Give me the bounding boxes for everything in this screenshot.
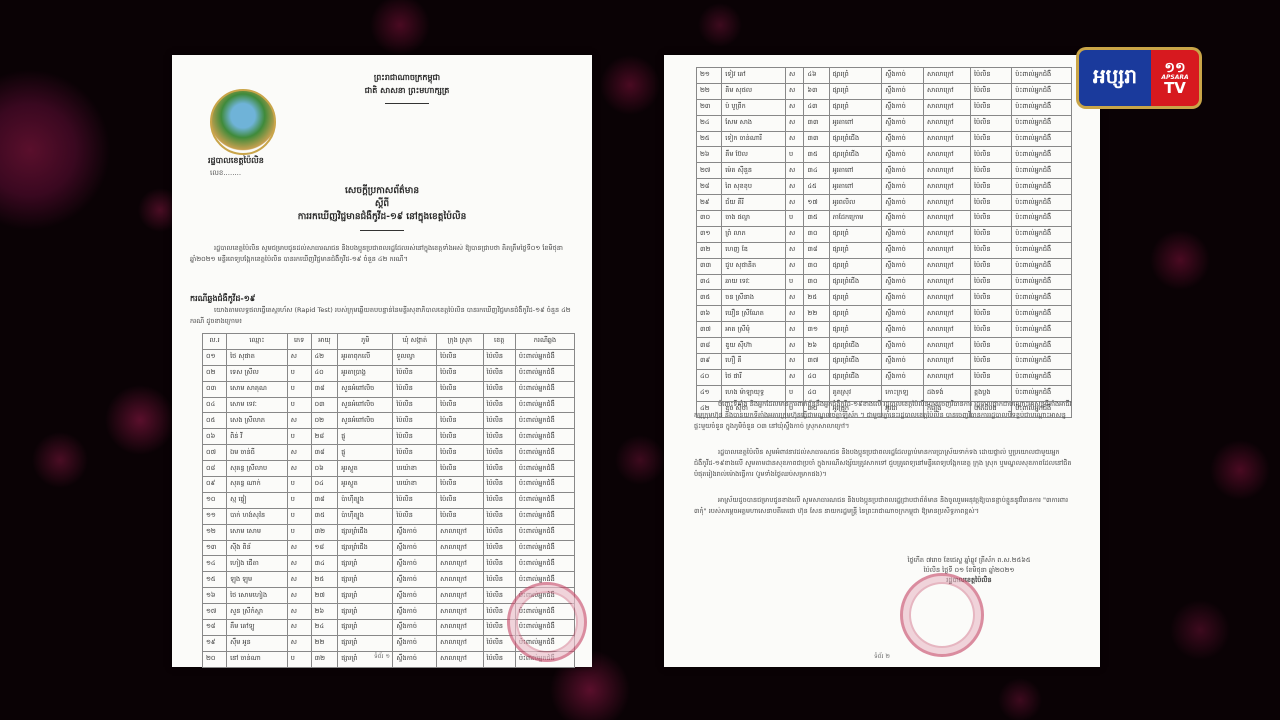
table-cell: ស្ទឹងកាច់ [882, 226, 924, 242]
table-cell: ៣១ [804, 322, 829, 338]
table-cell: ៣៩ [697, 354, 722, 370]
table-cell: ប [287, 492, 311, 508]
table-cell: បរយ៉ាខា [393, 477, 437, 493]
table-cell: ០៩ [203, 477, 227, 493]
table-cell: ប៉ៃលិន [970, 306, 1011, 322]
table-cell: ផ្សារព្រំ [338, 635, 393, 651]
table-cell: ២៦ [697, 147, 722, 163]
table-row: ០៦ពិន់ វីប២៨ផ្លូប៉ៃលិនប៉ៃលិនប៉ៃលិនប៉ះពាល… [203, 429, 575, 445]
table-cell: សួន ស្រីកំស្តា [227, 604, 288, 620]
table-cell: ប៉ៃលិន [483, 413, 515, 429]
table-cell: ប [287, 429, 311, 445]
table-cell: ប៉ៃលិន [393, 365, 437, 381]
table-cell: ប៉ៃលិន [970, 369, 1011, 385]
subheading: ករណីឆ្លងជំងឺកូវីដ-១៩ [190, 293, 255, 305]
table-cell: ប៉ៃលិន [483, 397, 515, 413]
table-cell: ប៉ៃលិន [483, 540, 515, 556]
signature-block: ថ្ងៃកើត ៧រោច ខែជេស្ឋ ឆ្នាំឆ្លូវ ត្រីស័ក … [864, 555, 1074, 585]
table-row: ២៧ម៉េត ស៊ីនួនស៣៤អូរតាពៅស្ទឹងកាច់សាលាក្រៅ… [697, 163, 1072, 179]
table-cell: ៤០ [311, 365, 338, 381]
table-cell: ផ្សារព្រំជើង [829, 131, 882, 147]
table-cell: ២៥ [311, 572, 338, 588]
table-cell: ប៉ៃលិន [437, 477, 483, 493]
table-cell: ពៃ សុខខុប [722, 179, 786, 195]
table-row: ៣៩ហឿ គីស៣៧ផ្សារព្រំជើងស្ទឹងកាច់សាលាក្រៅប… [697, 354, 1072, 370]
column-header: ភូមិ [338, 334, 393, 350]
table-cell: ស្ទឹងកាច់ [393, 572, 437, 588]
table-cell: ផ្សារព្រំ [829, 242, 882, 258]
table-row: ០៨សុគន្ធ ស្រីលាបស០៦អូរស្គូតបរយ៉ាខាប៉ៃលិន… [203, 461, 575, 477]
table-cell: អូរតាពៅ [829, 163, 882, 179]
table-cell: សាលាក្រៅ [924, 195, 971, 211]
table-cell: ប៉ះពាល់អ្នកជំងឺ [1012, 179, 1072, 195]
table-cell: ប៉ៃលិន [970, 354, 1011, 370]
motto: ជាតិ សាសនា ព្រះមហាក្សត្រ [292, 84, 522, 97]
table-cell: ស្ទឹងកាច់ [393, 524, 437, 540]
table-cell: ស [287, 349, 311, 365]
table-cell: ៤២ [311, 349, 338, 365]
table-cell: ស្ទឹងកាច់ [882, 115, 924, 131]
table-cell: ថៃ ផារី [722, 369, 786, 385]
table-cell: ឡុង ឡុម [227, 572, 288, 588]
table-cell: សាលាក្រៅ [924, 115, 971, 131]
table-cell: ថៃ សុផាត [227, 349, 288, 365]
table-cell: សាលាក្រៅ [924, 211, 971, 227]
table-cell: ប៉ៃលិន [970, 83, 1011, 99]
table-cell: សាលាក្រៅ [924, 83, 971, 99]
table-cell: ប៉ះពាល់អ្នកជំងឺ [1012, 195, 1072, 211]
table-cell: ៣៣ [804, 131, 829, 147]
table-cell: ទេស ស្រីល [227, 365, 288, 381]
table-cell: សួនអំពៅលិច [338, 413, 393, 429]
table-row: ០៥សេង ស្រីលាភស០២សួនអំពៅលិចប៉ៃលិនប៉ៃលិនប៉… [203, 413, 575, 429]
table-cell: សាលាក្រៅ [437, 620, 483, 636]
table-cell: ស្ម ផ្ទៀ [227, 492, 288, 508]
table-cell: ប៉ៃលិន [437, 413, 483, 429]
table-cell: ១១ [203, 508, 227, 524]
table-cell: ស [786, 322, 804, 338]
official-stamp [507, 582, 587, 662]
logo-khmer-name: អប្សរា [1079, 50, 1151, 106]
table-cell: ព្រំ លាភ [722, 226, 786, 242]
table-cell: ៣២ [697, 242, 722, 258]
column-header: ករណីឆ្លង [515, 334, 574, 350]
table-cell: ២៣ [697, 99, 722, 115]
table-cell: ៤៦ [804, 68, 829, 84]
table-cell: ២៦ [311, 604, 338, 620]
table-cell: ស្ទឹងកាច់ [882, 163, 924, 179]
table-cell: ជួប សុផានិត [722, 258, 786, 274]
table-cell: អូរតាពុកលើ [338, 349, 393, 365]
table-cell: សោម សាគុណ [227, 381, 288, 397]
table-cell: ប៉ៃលិន [437, 381, 483, 397]
table-cell: ប៉ៃលិន [970, 242, 1011, 258]
table-cell: ប៉ៃលិន [483, 508, 515, 524]
table-cell: អូរពលិល [829, 195, 882, 211]
table-row: ២៦គឹម ប៊ែលប៣៥ផ្សារព្រំជើងស្ទឹងកាច់សាលាក្… [697, 147, 1072, 163]
table-cell: សុគន្ធ ស្រីលាប [227, 461, 288, 477]
table-cell: ផ្សារព្រំជើង [338, 540, 393, 556]
table-cell: ១៤ [203, 556, 227, 572]
table-cell: ស្ទឹងកាច់ [393, 604, 437, 620]
table-cell: ០៦ [203, 429, 227, 445]
table-row: ២៤សែម សាងស៣៣អូរតាពៅស្ទឹងកាច់សាលាក្រៅប៉ៃល… [697, 115, 1072, 131]
table-cell: ថៃ សោមហៀង [227, 588, 288, 604]
table-cell: ប៉ៃលិន [970, 195, 1011, 211]
table-cell: ស្ទឹងកាច់ [882, 290, 924, 306]
table-cell: ប៉ៃលិន [970, 163, 1011, 179]
table-cell: សេង ស្រីលាភ [227, 413, 288, 429]
table-row: ២៥ទៀក ចាន់ណារីស៣៣ផ្សារព្រំជើងស្ទឹងកាច់សា… [697, 131, 1072, 147]
table-cell: ៤៣ [804, 99, 829, 115]
table-cell: ៣០ [804, 226, 829, 242]
table-row: ៣៥ចន ស្រីនាងស២៥ផ្សារព្រំស្ទឹងកាច់សាលាក្រ… [697, 290, 1072, 306]
table-cell: ចន ស្រីនាង [722, 290, 786, 306]
table-cell: ៣២ [311, 524, 338, 540]
table-cell: បាក់ ហង់សុវ៉ន [227, 508, 288, 524]
table-cell: ១៦ [203, 588, 227, 604]
table-cell: សាលាក្រៅ [437, 604, 483, 620]
table-cell: ស [287, 604, 311, 620]
table-cell: ៣៨ [311, 492, 338, 508]
table-cell: គិម សុផល [722, 83, 786, 99]
table-cell: ស [786, 99, 804, 115]
table-cell: ៣៨ [311, 381, 338, 397]
table-row: ១០ស្ម ផ្ទៀប៣៨ប៉ាហ៊ីត្បូងប៉ៃលិនប៉ៃលិនប៉ៃល… [203, 492, 575, 508]
table-cell: ប៉ះពាល់អ្នកជំងឺ [515, 492, 574, 508]
letterhead: ព្រះរាជាណាចក្រកម្ពុជា ជាតិ សាសនា ព្រះមហា… [292, 71, 522, 104]
table-cell: សាលាក្រៅ [437, 588, 483, 604]
table-cell: ប៉ៃលិន [483, 349, 515, 365]
table-cell: ប៉ៃលិន [437, 508, 483, 524]
table-cell: ប៉ៃលិន [970, 290, 1011, 306]
table-row: ១៤ហៀង ជើតាស៣៤ផ្សារព្រំស្ទឹងកាច់សាលាក្រៅប… [203, 556, 575, 572]
table-cell: ប៉ៃលិន [970, 147, 1011, 163]
table-cell: ស្ទឹងកាច់ [882, 99, 924, 115]
table-cell: សែម សាង [722, 115, 786, 131]
column-header: អាយុ [311, 334, 338, 350]
table-cell: ០៣ [203, 381, 227, 397]
table-cell: ប៉ៃលិន [970, 338, 1011, 354]
table-cell: ស [287, 556, 311, 572]
title-line-1: សេចក្តីប្រកាសព័ត៌មាន [212, 185, 552, 198]
table-cell: ប៉ៃលិន [393, 429, 437, 445]
table-cell: ផ្សារព្រំ [829, 99, 882, 115]
table-cell: ផ្សារព្រំជើង [829, 338, 882, 354]
table-cell: ស្ទឹងកាច់ [882, 338, 924, 354]
column-header: ក្រុង ស្រុក [437, 334, 483, 350]
table-cell: សាលាក្រៅ [924, 322, 971, 338]
table-cell: គឹម ប៊ែល [722, 147, 786, 163]
table-cell: ស្ទឹងកាច់ [882, 369, 924, 385]
table-cell: ប៉ះពាល់អ្នកជំងឺ [1012, 68, 1072, 84]
table-cell: ប៉ៃលិន [970, 68, 1011, 84]
table-row: ០៩សុគន្ធ ណាក់ប០៤អូរស្គូតបរយ៉ាខាប៉ៃលិនប៉ៃ… [203, 477, 575, 493]
table-cell: ស [287, 620, 311, 636]
table-cell: ស [786, 258, 804, 274]
table-cell: ផ្សារព្រំ [338, 588, 393, 604]
table-row: ២៣ប៉ បូព្រីកស៤៣ផ្សារព្រំស្ទឹងកាច់សាលាក្រ… [697, 99, 1072, 115]
table-cell: សាលាក្រៅ [924, 131, 971, 147]
table-cell: ប៉ៃលិន [970, 211, 1011, 227]
table-cell: ផ្សារព្រំជើង [829, 354, 882, 370]
table-row: ២២គិម សុផលស៦៣ផ្សារព្រំស្ទឹងកាច់សាលាក្រៅប… [697, 83, 1072, 99]
table-cell: ១០ [203, 492, 227, 508]
table-cell: ប៉ះពាល់អ្នកជំងឺ [1012, 354, 1072, 370]
table-cell: ប៉ៃលិន [970, 258, 1011, 274]
table-cell: ផ្សារព្រំជើង [338, 524, 393, 540]
table-cell: ស្ទឹងកាច់ [882, 211, 924, 227]
table-cell: ប៉ៃលិន [483, 365, 515, 381]
table-cell: ប៉ៃលិន [393, 492, 437, 508]
table-cell: ឌួយ ស៊ីហ៊ា [722, 338, 786, 354]
table-cell: ០២ [311, 413, 338, 429]
table-cell: ប៉ៃលិន [970, 99, 1011, 115]
table-cell: ៣៣ [804, 115, 829, 131]
table-cell: ប៉ះពាល់អ្នកជំងឺ [515, 365, 574, 381]
table-cell: ២៥ [697, 131, 722, 147]
table-cell: ០៤ [203, 397, 227, 413]
table-cell: អាត ស្រីមុំ [722, 322, 786, 338]
table-cell: ប [786, 211, 804, 227]
table-cell: សោម ទេវៈ [227, 397, 288, 413]
table-cell: ប៉ៃលិន [437, 397, 483, 413]
table-cell: ប [786, 274, 804, 290]
table-cell: ប៉ៃលិន [437, 445, 483, 461]
table-cell: ០៨ [203, 461, 227, 477]
table-cell: ស៊ឹម អូន [227, 635, 288, 651]
table-row: ១២សោម សោមប៣២ផ្សារព្រំជើងស្ទឹងកាច់សាលាក្រ… [203, 524, 575, 540]
table-cell: ប៉ះពាល់អ្នកជំងឺ [515, 461, 574, 477]
table-cell: ស្ទឹងកាច់ [882, 68, 924, 84]
paragraph-appeal: រដ្ឋបាលខេត្តប៉ៃលិន សូមអំពាវនាវដល់សាធារណជ… [694, 447, 1072, 480]
table-cell: ប៉ បូព្រីក [722, 99, 786, 115]
table-row: ១១បាក់ ហង់សុវ៉នប៣៥ប៉ាហ៊ីត្បូងប៉ៃលិនប៉ៃលិ… [203, 508, 575, 524]
table-cell: ស [287, 572, 311, 588]
table-cell: ២៨ [311, 429, 338, 445]
table-cell: ស [287, 540, 311, 556]
table-row: ១៣ស៊ីង ពិន័ស១៨ផ្សារព្រំជើងស្ទឹងកាច់សាលាក… [203, 540, 575, 556]
table-cell: អូរស្គូត [338, 477, 393, 493]
intro-paragraph: រដ្ឋបាលខេត្តប៉ៃលិន សូមជម្រាបជូនដល់សាធារណ… [190, 243, 574, 265]
table-cell: ៣៤ [804, 163, 829, 179]
table-cell: ប៉ៃលិន [393, 413, 437, 429]
column-header: ល.រ [203, 334, 227, 350]
table-cell: ចាង ផល្លា [722, 211, 786, 227]
table-cell: សាលាក្រៅ [924, 290, 971, 306]
table-cell: ផ្សារព្រំ [338, 604, 393, 620]
table-cell: ស៊ីង ពិន័ [227, 540, 288, 556]
table-cell: ប [287, 365, 311, 381]
table-cell: ៣៦ [697, 306, 722, 322]
table-cell: ២២ [697, 83, 722, 99]
table-cell: ស [786, 290, 804, 306]
table-cell: សាលាក្រៅ [924, 306, 971, 322]
table-cell: ២៤ [697, 115, 722, 131]
table-cell: សាលាក្រៅ [437, 556, 483, 572]
table-cell: ៣៧ [804, 354, 829, 370]
table-cell: ផ្សារព្រំ [829, 68, 882, 84]
table-cell: ២៤ [311, 620, 338, 636]
table-cell: ៣៥ [804, 211, 829, 227]
table-cell: ប៉ៃលិន [970, 179, 1011, 195]
table-cell: ប៉ះពាល់អ្នកជំងឺ [515, 349, 574, 365]
table-cell: សួនអំពៅលិច [338, 381, 393, 397]
column-header: ភេទ [287, 334, 311, 350]
table-cell: ៣៣ [697, 258, 722, 274]
table-cell: ប៉ះពាល់អ្នកជំងឺ [1012, 147, 1072, 163]
table-cell: សាលាក្រៅ [437, 540, 483, 556]
table-cell: ៤៥ [804, 179, 829, 195]
table-row: ០៧ឯម ចាន់ធីស៣៨ផ្លូប៉ៃលិនប៉ៃលិនប៉ៃលិនប៉ះព… [203, 445, 575, 461]
table-cell: ស [786, 115, 804, 131]
table-cell: ១៩ [203, 635, 227, 651]
table-cell: ផ្សារព្រំ [829, 290, 882, 306]
table-cell: ប៉ៃលិន [393, 381, 437, 397]
table-cell: ស្ទឹងកាច់ [882, 179, 924, 195]
table-row: ៣៦ឃឿន ស្រីណែតស២២ផ្សារព្រំស្ទឹងកាច់សាលាក្… [697, 306, 1072, 322]
table-cell: សាលាក្រៅ [924, 274, 971, 290]
table-row: ១៥ឡុង ឡុមស២៥ផ្សារព្រំស្ទឹងកាច់សាលាក្រៅប៉… [203, 572, 575, 588]
table-cell: ៣១ [697, 226, 722, 242]
page-number: ទំព័រ ១ [172, 652, 592, 661]
table-cell: ១៧ [203, 604, 227, 620]
table-cell: អូរតាពៅ [829, 179, 882, 195]
reference-number: លេខ........ [210, 169, 241, 179]
logo-number: ១១ [1164, 61, 1185, 75]
table-cell: ប៉ៃលិន [437, 365, 483, 381]
table-cell: ប [786, 147, 804, 163]
table-cell: ប៉ះពាល់អ្នកជំងឺ [1012, 338, 1072, 354]
table-cell: ប៉ះពាល់អ្នកជំងឺ [1012, 322, 1072, 338]
table-cell: ស [786, 163, 804, 179]
date-solar: ប៉ៃលិន ថ្ងៃទី ០១ ខែមិថុនា ឆ្នាំ២០២១ [864, 565, 1074, 575]
table-row: ៣៤ឆាយ ទេវៈប៣០ផ្សារព្រំជើងស្ទឹងកាច់សាលាក្… [697, 274, 1072, 290]
table-cell: ប៉ៃលិន [483, 492, 515, 508]
table-cell: សាលាក្រៅ [924, 338, 971, 354]
table-cell: ១៨ [311, 540, 338, 556]
table-cell: ៣៧ [697, 322, 722, 338]
table-cell: ស [786, 226, 804, 242]
table-cell: ផ្សារព្រំ [829, 83, 882, 99]
table-cell: ប៉ៃលិន [437, 429, 483, 445]
table-cell: ស [786, 131, 804, 147]
table-cell: ១៨ [203, 620, 227, 636]
table-cell: ស [786, 179, 804, 195]
table-cell: ស [287, 635, 311, 651]
table-cell: ប៉ះពាល់អ្នកជំងឺ [1012, 211, 1072, 227]
table-row: ៣១ព្រំ លាភស៣០ផ្សារព្រំស្ទឹងកាច់សាលាក្រៅប… [697, 226, 1072, 242]
table-cell: ប [287, 381, 311, 397]
table-cell: ស [786, 369, 804, 385]
table-cell: សាលាក្រៅ [924, 147, 971, 163]
table-cell: ស [786, 354, 804, 370]
announcement-title: សេចក្តីប្រកាសព័ត៌មាន ស្តីពី ការរកឃើញវិជ្… [212, 185, 552, 231]
table-cell: ស [287, 461, 311, 477]
table-cell: ទៀវ គៅ [722, 68, 786, 84]
table-cell: ប៉ៃលិន [483, 461, 515, 477]
table-cell: ស្ទឹងកាច់ [393, 556, 437, 572]
column-header: ឈ្មោះ [227, 334, 288, 350]
table-cell: ផ្សារព្រំ [829, 322, 882, 338]
table-cell: សាលាក្រៅ [437, 572, 483, 588]
table-cell: ២៥ [804, 290, 829, 306]
table-row: ៣៣ជួប សុផានិតស៣០ផ្សារព្រំស្ទឹងកាច់សាលាក្… [697, 258, 1072, 274]
table-cell: ១២ [203, 524, 227, 540]
table-cell: ស្ទឹងកាច់ [882, 131, 924, 147]
table-cell: ៣៨ [311, 445, 338, 461]
table-cell: ប៉ៃលិន [437, 461, 483, 477]
table-cell: ៤០ [697, 369, 722, 385]
table-cell: ២៨ [697, 179, 722, 195]
table-cell: ទួលល្វា [393, 349, 437, 365]
table-cell: ប៉ាហ៊ីត្បូង [338, 492, 393, 508]
table-cell: ប៉ៃលិន [970, 322, 1011, 338]
table-row: ២៩ជ័យ គីរីស១៧អូរពលិលស្ទឹងកាច់សាលាក្រៅប៉ៃ… [697, 195, 1072, 211]
table-cell: សាលាក្រៅ [924, 68, 971, 84]
table-cell: ស [786, 306, 804, 322]
table-cell: ប៉ះពាល់អ្នកជំងឺ [515, 381, 574, 397]
table-cell: ប៉ះពាល់អ្នកជំងឺ [1012, 99, 1072, 115]
table-cell: ប៉ះពាល់អ្នកជំងឺ [1012, 258, 1072, 274]
table-cell: ៣៤ [697, 274, 722, 290]
table-cell: ប៉ៃលិន [483, 381, 515, 397]
table-cell: ០៧ [203, 445, 227, 461]
table-row: ៣០ចាង ផល្លាប៣៥ភាដែកក្រោមស្ទឹងកាច់សាលាក្រ… [697, 211, 1072, 227]
table-row: ២៨ពៃ សុខខុបស៤៥អូរតាពៅស្ទឹងកាច់សាលាក្រៅប៉… [697, 179, 1072, 195]
table-cell: ឯម ចាន់ធី [227, 445, 288, 461]
table-cell: ហេញ ឌែ [722, 242, 786, 258]
table-cell: ផ្សារព្រំជើង [829, 274, 882, 290]
table-cell: ស [786, 338, 804, 354]
table-cell: ប [287, 508, 311, 524]
table-cell: ៣០ [804, 258, 829, 274]
table-cell: ០២ [203, 365, 227, 381]
logo-tv: TV [1164, 81, 1186, 96]
table-cell: ប៉ៃលិន [483, 524, 515, 540]
table-cell: ប៉ះពាល់អ្នកជំងឺ [515, 397, 574, 413]
table-cell: ពិន់ វី [227, 429, 288, 445]
title-line-3: ការរកឃើញវិជ្ជមានជំងឺកូវីដ-១៩ នៅក្នុងខេត្… [212, 211, 552, 224]
table-cell: ប [287, 524, 311, 540]
table-cell: ៣០ [697, 211, 722, 227]
column-header: ខេត្ត [483, 334, 515, 350]
table-cell: ប៉ះពាល់អ្នកជំងឺ [1012, 369, 1072, 385]
table-cell: ២១ [697, 68, 722, 84]
table-cell: សាលាក្រៅ [924, 258, 971, 274]
table-cell: អូរតាពៅ [829, 115, 882, 131]
table-cell: ស្ទឹងកាច់ [393, 540, 437, 556]
table-cell: ប៉ះពាល់អ្នកជំងឺ [1012, 163, 1072, 179]
table-cell: ប៉ះពាល់អ្នកជំងឺ [515, 524, 574, 540]
table-cell: ៤០ [804, 369, 829, 385]
table-cell: សុគន្ធ ណាក់ [227, 477, 288, 493]
table-cell: ហឿ គី [722, 354, 786, 370]
table-cell: ប៉ៃលិន [483, 572, 515, 588]
table-cell: ប៉ៃលិន [483, 429, 515, 445]
table-cell: ផ្សារព្រំជើង [829, 369, 882, 385]
official-stamp [900, 573, 984, 657]
table-cell: ស្ទឹងកាច់ [882, 195, 924, 211]
table-cell: ប៉ៃលិន [970, 226, 1011, 242]
table-cell: ស្ទឹងកាច់ [882, 83, 924, 99]
table-cell: ផ្សារព្រំ [338, 572, 393, 588]
table-cell: ឃឿន ស្រីណែត [722, 306, 786, 322]
table-cell: ប [287, 397, 311, 413]
table-cell: ស [786, 68, 804, 84]
table-cell: ប៉ះពាល់អ្នកជំងឺ [1012, 290, 1072, 306]
table-cell: សាលាក្រៅ [924, 179, 971, 195]
